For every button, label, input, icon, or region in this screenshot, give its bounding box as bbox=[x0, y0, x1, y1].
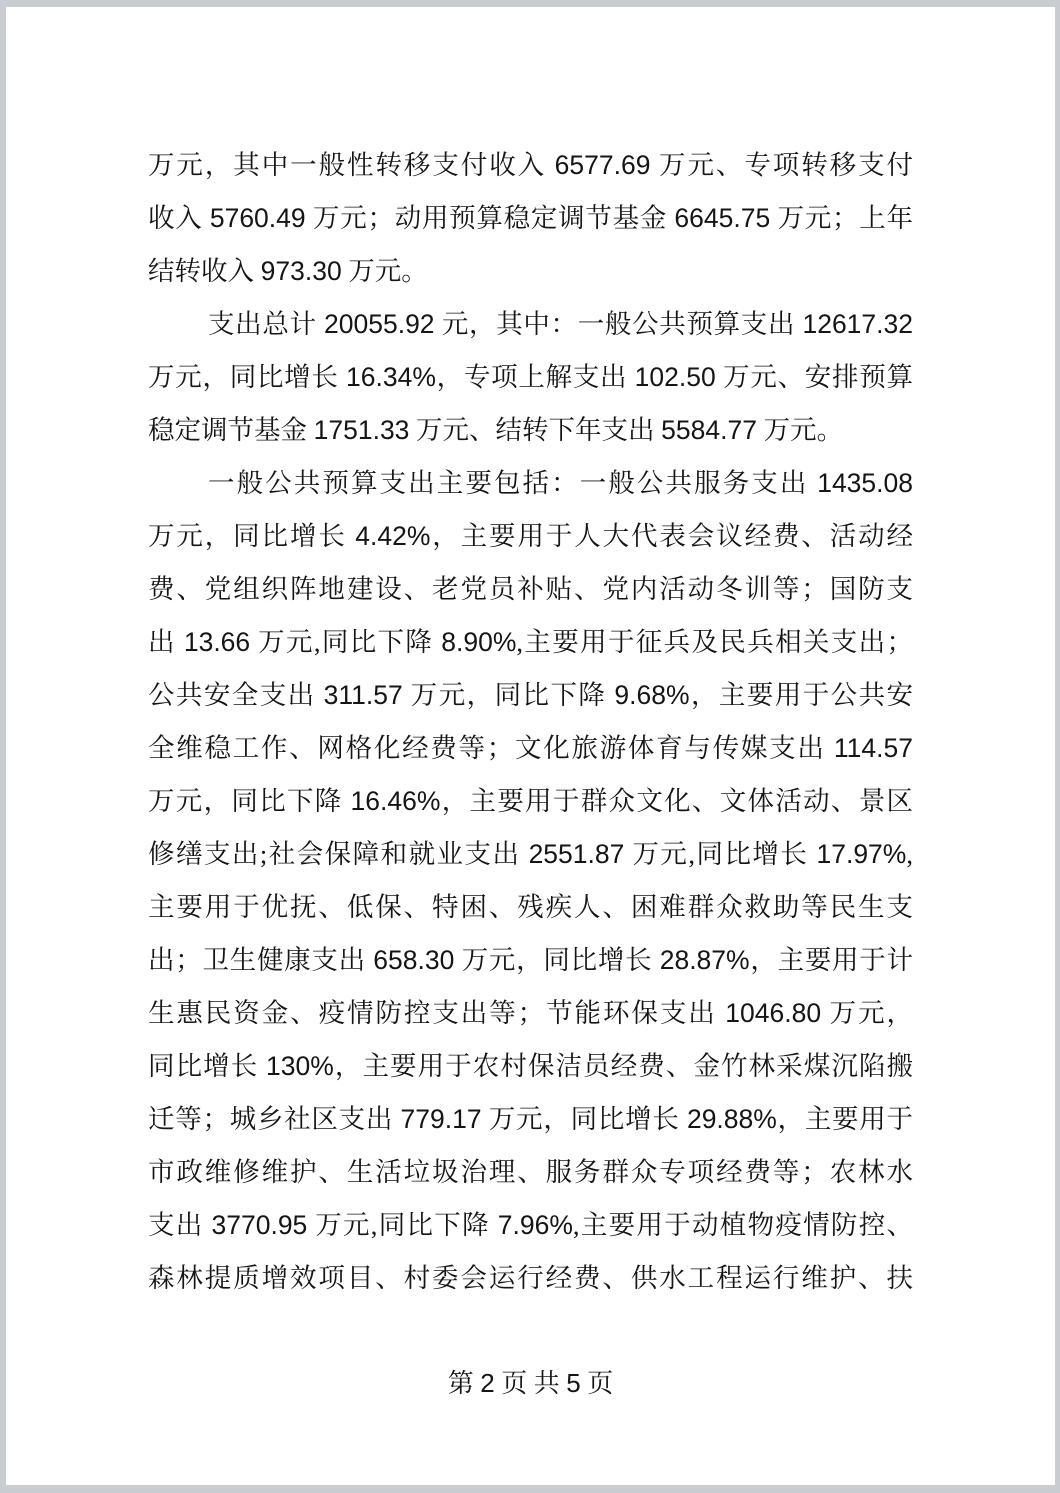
numeric-value: 2551.87 bbox=[529, 839, 625, 869]
text-line: 收入 5760.49 万元；动用预算稳定调节基金 6645.75 万元；上年 bbox=[148, 192, 913, 245]
numeric-value: 7.96% bbox=[498, 1210, 573, 1240]
text-line: 生惠民资金、疫情防控支出等；节能环保支出 1046.80 万元， bbox=[148, 987, 913, 1040]
numeric-value: 1751.33 bbox=[314, 415, 410, 445]
page-number-text: 第 2 页 共 5 页 bbox=[448, 1369, 613, 1398]
text-line: 森林提质增效项目、村委会运行经费、供水工程运行维护、扶 bbox=[148, 1252, 913, 1305]
numeric-value: 1435.08 bbox=[817, 468, 913, 498]
text-line: 万元，同比增长 4.42%，主要用于人大代表会议经费、活动经 bbox=[148, 510, 913, 563]
numeric-value: 16.46% bbox=[351, 786, 441, 816]
numeric-value: 102.50 bbox=[635, 362, 716, 392]
page-background: { "page": { "background_color": "#c9ccd1… bbox=[0, 0, 1060, 1493]
text-line: 迁等；城乡社区支出 779.17 万元，同比增长 29.88%，主要用于 bbox=[148, 1093, 913, 1146]
numeric-value: 6577.69 bbox=[555, 150, 651, 180]
numeric-value: 17.97% bbox=[816, 839, 906, 869]
page-footer: 第 2 页 共 5 页 bbox=[6, 1366, 1055, 1401]
numeric-value: 13.66 bbox=[184, 627, 250, 657]
text-line: 主要用于优抚、低保、特困、残疾人、困难群众救助等民生支 bbox=[148, 881, 913, 934]
text-line: 万元，同比增长 16.34%，专项上解支出 102.50 万元、安排预算 bbox=[148, 351, 913, 404]
numeric-value: 20055.92 bbox=[324, 309, 435, 339]
text-line: 公共安全支出 311.57 万元，同比下降 9.68%，主要用于公共安 bbox=[148, 669, 913, 722]
numeric-value: 658.30 bbox=[373, 945, 454, 975]
text-line: 万元，同比下降 16.46%，主要用于群众文化、文体活动、景区 bbox=[148, 775, 913, 828]
paragraph: 支出总计 20055.92 元，其中：一般公共预算支出 12617.32万元，同… bbox=[148, 298, 913, 457]
numeric-value: 973.30 bbox=[261, 256, 342, 286]
numeric-value: 311.57 bbox=[324, 680, 403, 710]
paragraph: 一般公共预算支出主要包括：一般公共服务支出 1435.08万元，同比增长 4.4… bbox=[148, 457, 913, 1305]
numeric-value: 130% bbox=[266, 1051, 334, 1081]
document-page: 万元，其中一般性转移支付收入 6577.69 万元、专项转移支付收入 5760.… bbox=[6, 7, 1055, 1485]
numeric-value: 3770.95 bbox=[212, 1210, 308, 1240]
text-line: 一般公共预算支出主要包括：一般公共服务支出 1435.08 bbox=[148, 457, 913, 510]
text-line: 全维稳工作、网格化经费等；文化旅游体育与传媒支出 114.57 bbox=[148, 722, 913, 775]
numeric-value: 8.90% bbox=[441, 627, 516, 657]
numeric-value: 5760.49 bbox=[210, 203, 306, 233]
numeric-value: 114.57 bbox=[834, 733, 913, 763]
numeric-value: 2 bbox=[480, 1368, 494, 1398]
numeric-value: 9.68% bbox=[614, 680, 689, 710]
text-line: 同比增长 130%，主要用于农村保洁员经费、金竹林采煤沉陷搬 bbox=[148, 1040, 913, 1093]
numeric-value: 28.87% bbox=[660, 945, 750, 975]
numeric-value: 1046.80 bbox=[725, 998, 821, 1028]
text-line: 支出总计 20055.92 元，其中：一般公共预算支出 12617.32 bbox=[148, 298, 913, 351]
text-line: 支出 3770.95 万元,同比下降 7.96%,主要用于动植物疫情防控、 bbox=[148, 1199, 913, 1252]
text-line: 出；卫生健康支出 658.30 万元，同比增长 28.87%，主要用于计 bbox=[148, 934, 913, 987]
numeric-value: 6645.75 bbox=[674, 203, 770, 233]
text-line: 出 13.66 万元,同比下降 8.90%,主要用于征兵及民兵相关支出； bbox=[148, 616, 913, 669]
numeric-value: 16.34% bbox=[346, 362, 436, 392]
document-content: 万元，其中一般性转移支付收入 6577.69 万元、专项转移支付收入 5760.… bbox=[148, 139, 913, 1305]
numeric-value: 4.42% bbox=[355, 521, 430, 551]
text-line: 结转收入 973.30 万元。 bbox=[148, 245, 913, 298]
text-line: 修缮支出;社会保障和就业支出 2551.87 万元,同比增长 17.97%, bbox=[148, 828, 913, 881]
text-line: 费、党组织阵地建设、老党员补贴、党内活动冬训等；国防支 bbox=[148, 563, 913, 616]
numeric-value: 5584.77 bbox=[661, 415, 757, 445]
numeric-value: 12617.32 bbox=[802, 309, 913, 339]
numeric-value: 5 bbox=[566, 1368, 580, 1398]
text-line: 稳定调节基金 1751.33 万元、结转下年支出 5584.77 万元。 bbox=[148, 404, 913, 457]
text-line: 市政维修维护、生活垃圾治理、服务群众专项经费等；农林水 bbox=[148, 1146, 913, 1199]
numeric-value: 29.88% bbox=[687, 1104, 777, 1134]
paragraph: 万元，其中一般性转移支付收入 6577.69 万元、专项转移支付收入 5760.… bbox=[148, 139, 913, 298]
numeric-value: 779.17 bbox=[401, 1104, 482, 1134]
text-line: 万元，其中一般性转移支付收入 6577.69 万元、专项转移支付 bbox=[148, 139, 913, 192]
